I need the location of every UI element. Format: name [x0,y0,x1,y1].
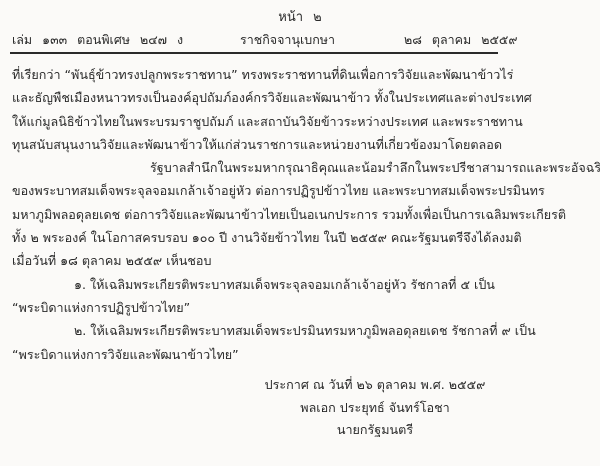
body-line: มหาภูมิพลอดุลยเดช ต่อการวิจัยและพัฒนาข้า… [12,203,588,226]
publication-date: ๒๘ ตุลาคม ๒๕๕๙ [404,30,518,50]
body-line: เมื่อวันที่ ๑๘ ตุลาคม ๒๕๕๙ เห็นชอบ [12,249,588,272]
body-line: ทุนสนับสนุนงานวิจัยและพัฒนาข้าวให้แก่ส่ว… [12,133,588,156]
signatory-name: พลเอก ประยุทธ์ จันทร์โอชา [260,397,490,420]
announcement-date: ประกาศ ณ วันที่ ๒๖ ตุลาคม พ.ศ. ๒๕๕๙ [260,374,490,397]
resolution-item-2: ๒. ให้เฉลิมพระเกียรติพระบาทสมเด็จพระปรมิ… [12,319,588,342]
signatory-position: นายกรัฐมนตรี [260,419,490,442]
header-divider [10,52,498,54]
publication-title: ราชกิจจานุเบกษา [240,30,335,50]
page-number: หน้า ๒ [0,6,600,27]
body-line: และธัญพืชเมืองหนาวทรงเป็นองค์อุปถัมภ์องค… [12,86,588,109]
resolution-item-1: ๑. ให้เฉลิมพระเกียรติพระบาทสมเด็จพระจุลจ… [12,273,588,296]
resolution-item-2-title: “พระบิดาแห่งการวิจัยและพัฒนาข้าวไทย” [12,343,588,366]
body-line: ที่เรียกว่า “พันธุ์ข้าวทรงปลูกพระราชทาน”… [12,63,588,86]
volume-issue: เล่ม ๑๓๓ ตอนพิเศษ ๒๔๗ ง [12,30,183,50]
signature-block: ประกาศ ณ วันที่ ๒๖ ตุลาคม พ.ศ. ๒๕๕๙ พลเอ… [260,374,490,442]
body-line: ให้แก่มูลนิธิข้าวไทยในพระบรมราชูปถัมภ์ แ… [12,110,588,133]
body-line: ของพระบาทสมเด็จพระจุลจอมเกล้าเจ้าอยู่หัว… [12,179,588,202]
document-body: ที่เรียกว่า “พันธุ์ข้าวทรงปลูกพระราชทาน”… [12,63,588,366]
body-line: ทั้ง ๒ พระองค์ ในโอกาสครบรอบ ๑๐๐ ปี งานว… [12,226,588,249]
resolution-item-1-title: “พระบิดาแห่งการปฏิรูปข้าวไทย” [12,296,588,319]
body-line: รัฐบาลสำนึกในพระมหากรุณาธิคุณและน้อมรำลึ… [12,156,588,179]
